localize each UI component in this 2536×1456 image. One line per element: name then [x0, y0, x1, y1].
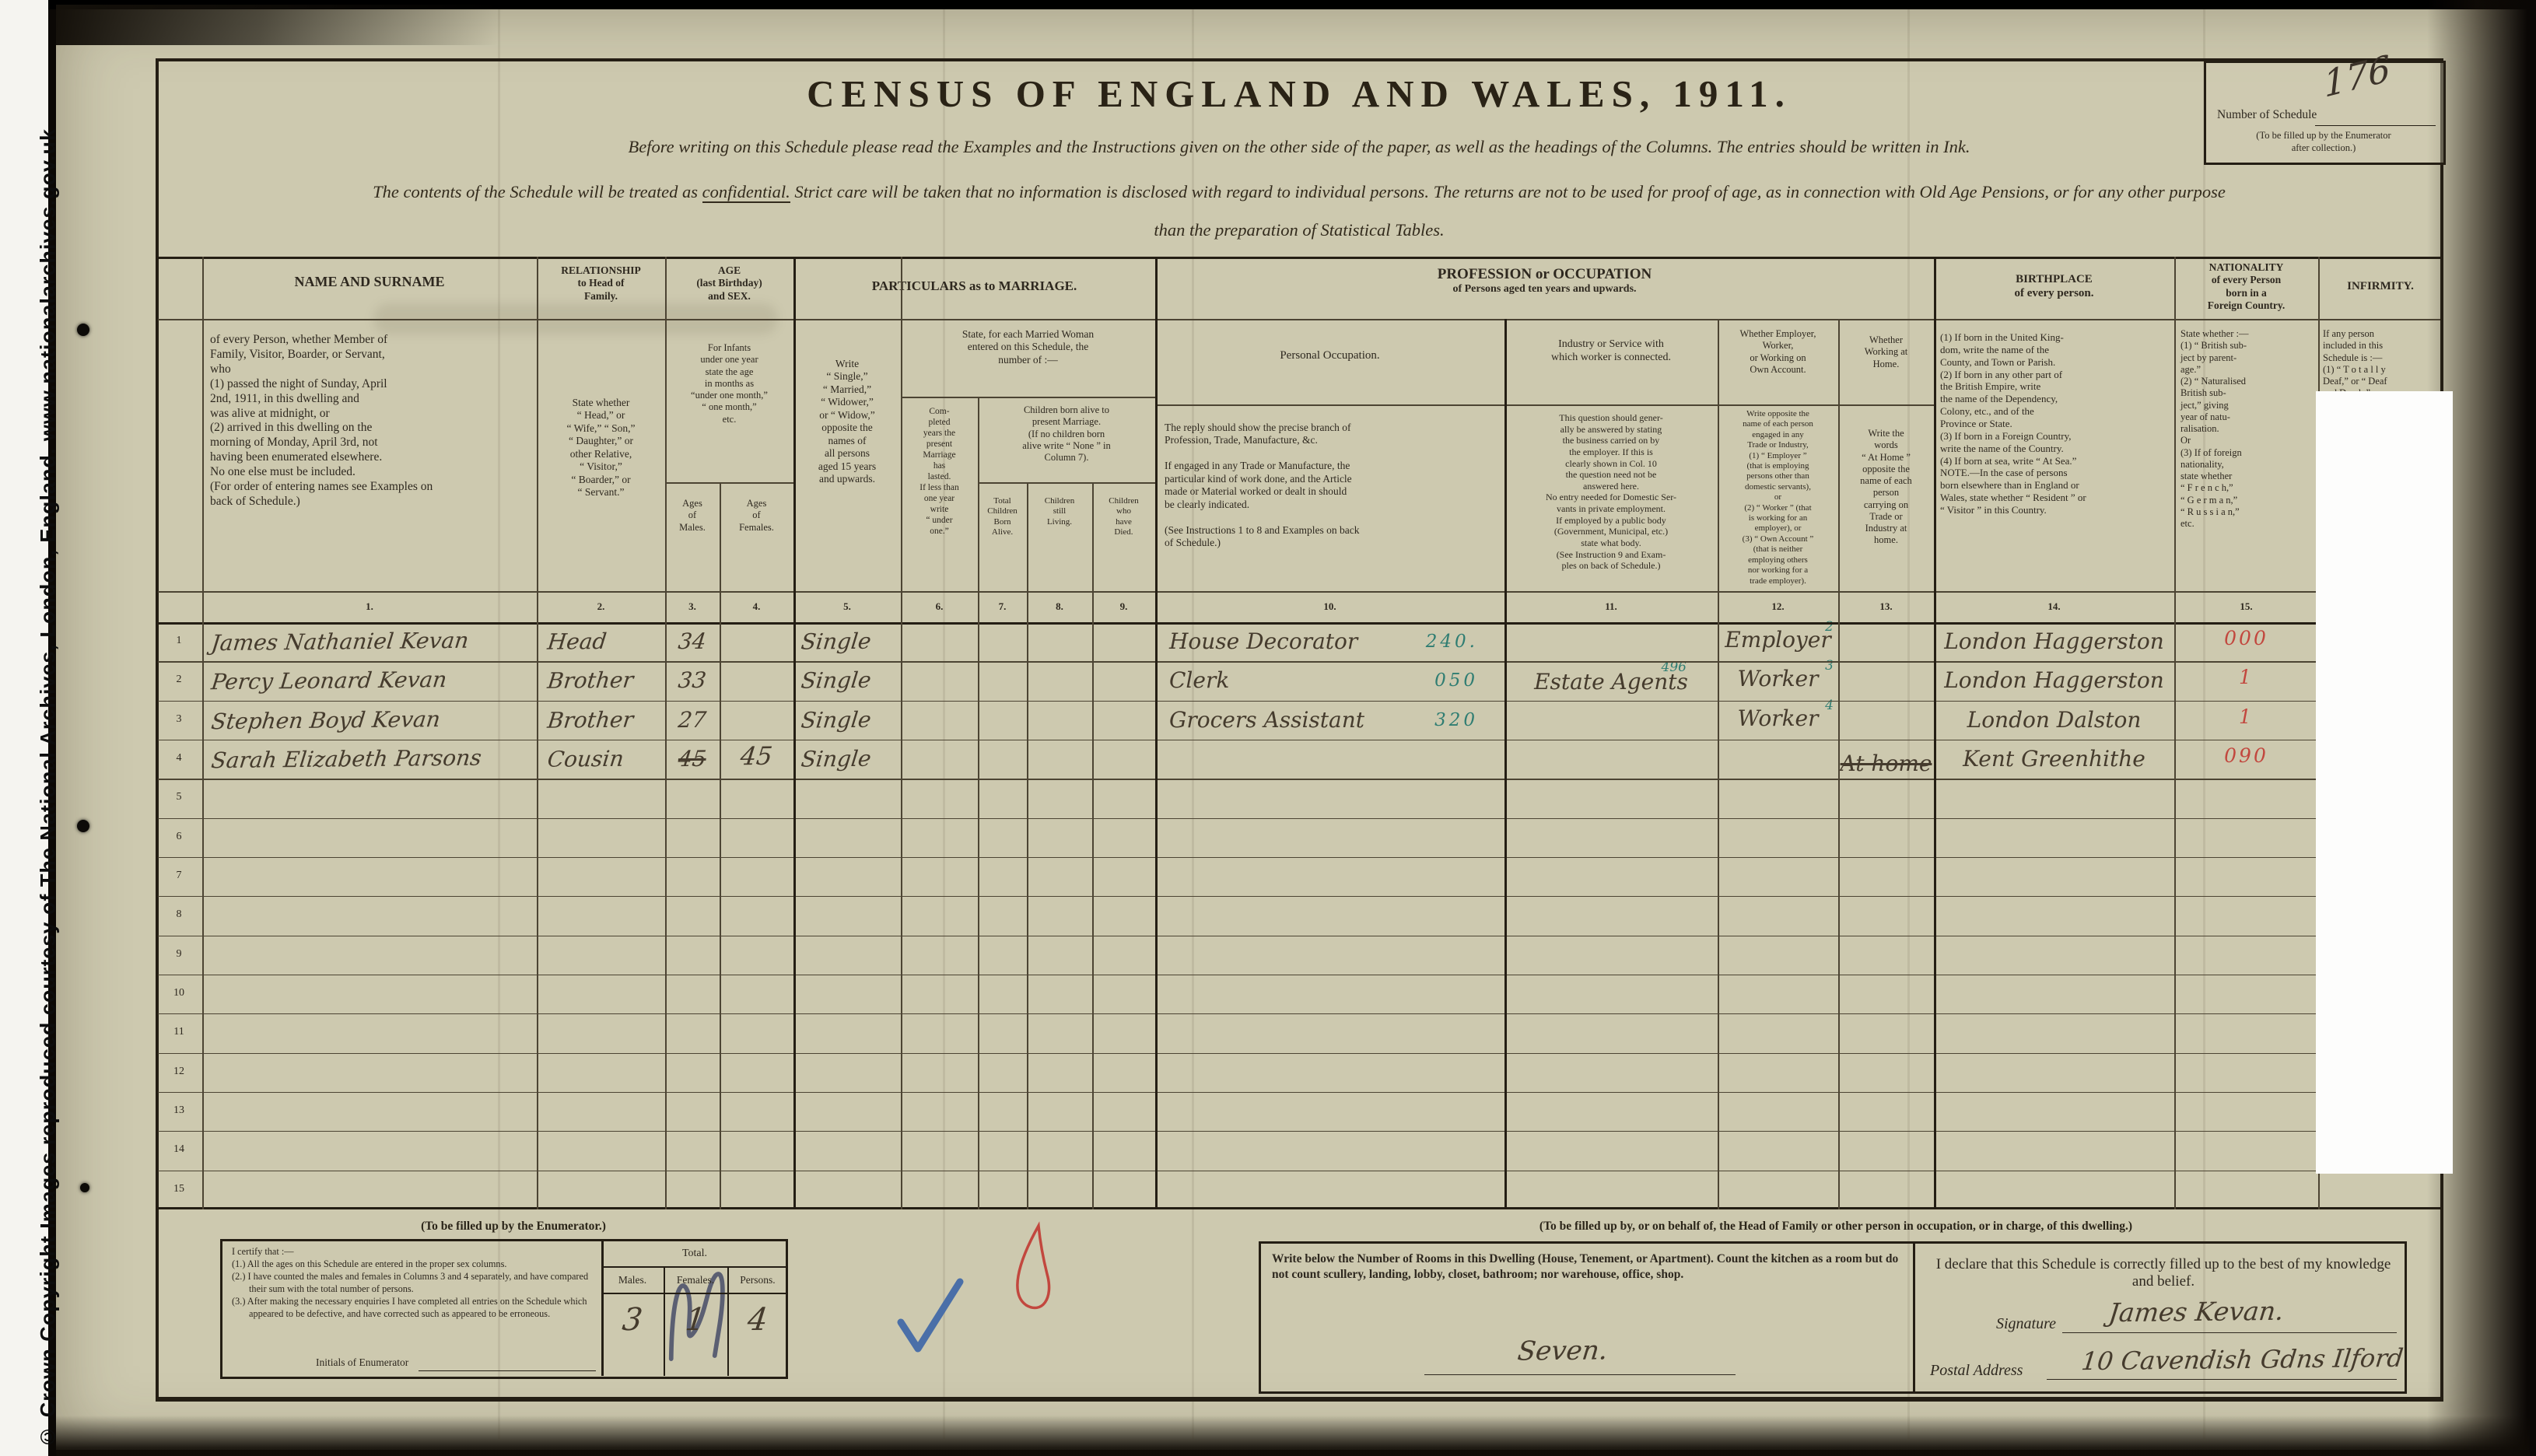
table-cell: Employer2 [1718, 622, 1838, 661]
employment-code: 4 [1825, 698, 1834, 713]
desc-relationship: State whether “ Head,” or “ Wife,” “ Son… [537, 397, 665, 499]
grid-line [1155, 404, 1934, 406]
hole-punch [77, 820, 89, 832]
table-cell: London Haggerston [1934, 622, 2174, 661]
desc-name: of every Person, whether Member of Famil… [202, 333, 537, 509]
preamble-line1: Before writing on this Schedule please r… [327, 137, 2272, 157]
desc-children-total: Total Children Born Alive. [978, 496, 1027, 538]
table-cell: 8 [156, 896, 202, 935]
column-number: 6. [901, 600, 978, 613]
desc-age-infants: For Infants under one year state the age… [665, 342, 793, 425]
relationship-entry: Cousin [546, 745, 667, 772]
preamble-prefix: The contents of the Schedule will be tre… [373, 182, 702, 201]
grid-line [1718, 319, 1719, 1209]
row-number: 13 [156, 1104, 202, 1117]
table-cell: 6 [156, 818, 202, 857]
occupation-entry: Clerk [1169, 667, 1229, 693]
redaction-overlay [2316, 391, 2453, 1174]
form-title: CENSUS OF ENGLAND AND WALES, 1911. [700, 72, 1898, 116]
column-number: 4. [720, 600, 793, 613]
table-cell: 45 [665, 740, 720, 779]
preamble-line2: The contents of the Schedule will be tre… [226, 182, 2373, 202]
grid-line [901, 397, 1155, 398]
table-cell: 1 [2174, 661, 2318, 700]
column-number: 13. [1838, 600, 1934, 613]
table-cell: 11 [156, 1013, 202, 1052]
grid-line [156, 257, 2443, 259]
copyright-text: © Crown Copyright Images reproduced cour… [37, 128, 61, 1448]
header-age: AGE (last Birthday) and SEX. [665, 264, 793, 303]
table-cell: 4 [156, 740, 202, 779]
grid-line [665, 257, 667, 1209]
birthplace-entry: Kent Greenhithe [1963, 746, 2145, 772]
table-cell: Single [793, 661, 901, 700]
grid-line [156, 1053, 2443, 1054]
label-employer: Whether Employer, Worker, or Working on … [1718, 328, 1838, 376]
table-cell: 13 [156, 1092, 202, 1131]
header-profession: PROFESSION or OCCUPATION of Persons aged… [1155, 266, 1934, 296]
grid-line [1092, 482, 1094, 1209]
postal-address-label: Postal Address [1930, 1362, 2023, 1380]
signature-value: James Kevan. [2107, 1296, 2286, 1328]
table-cell: Kent Greenhithe [1934, 740, 2174, 779]
grid-line [156, 591, 2443, 593]
desc-age-males: Ages of Males. [665, 498, 720, 534]
declaration-text: I declare that this Schedule is correctl… [1926, 1256, 2401, 1290]
rooms-instruction: Write below the Number of Rooms in this … [1272, 1251, 1904, 1283]
table-cell: Percy Leonard Kevan [202, 661, 537, 700]
table-cell: 27 [665, 701, 720, 740]
females-label: Females. [664, 1274, 727, 1286]
column-number: 8. [1027, 600, 1092, 613]
table-cell: 33 [665, 661, 720, 700]
column-number: 5. [793, 600, 901, 613]
enumerator-red-mark: 090 [2224, 744, 2268, 767]
hole-punch [77, 324, 89, 336]
row-number: 10 [156, 987, 202, 999]
occupation-entry: Grocers Assistant [1169, 707, 1364, 733]
table-cell: 3 [156, 701, 202, 740]
householder-heading: (To be filled up by, or on behalf of, th… [1260, 1220, 2412, 1234]
grid-line [2174, 257, 2176, 1209]
grid-line [156, 622, 2443, 625]
row-number: 7 [156, 870, 202, 882]
totals-table: Total. Males. Females. Persons. 3 1 4 [601, 1241, 788, 1376]
age-male-entry: 27 [677, 706, 707, 732]
grid-line [156, 701, 2443, 702]
census-document-photo: © Crown Copyright Images reproduced cour… [0, 0, 2536, 1456]
form-border-top [156, 58, 2443, 61]
enumerator-heading: (To be filled up by the Enumerator.) [257, 1220, 770, 1234]
header-profession-sub: of Persons aged ten years and upwards. [1155, 283, 1934, 296]
grid-line [1504, 319, 1507, 1209]
grid-line [1934, 257, 1936, 1209]
table-cell: 14 [156, 1131, 202, 1170]
total-label: Total. [601, 1248, 788, 1260]
certify-item3: (3.) After making the necessary enquirie… [232, 1296, 596, 1321]
table-cell: 34 [665, 622, 720, 661]
desc-children-died: Children who have Died. [1092, 496, 1155, 538]
grid-line [202, 257, 204, 1209]
table-cell: 12 [156, 1053, 202, 1092]
table-cell: 5 [156, 779, 202, 817]
athome-struck-entry: At home [1841, 751, 1932, 776]
table-cell: Grocers Assistant320 [1155, 701, 1504, 740]
grid-line [665, 482, 793, 484]
header-profession-main: PROFESSION or OCCUPATION [1155, 266, 1934, 283]
column-number: 2. [537, 600, 665, 613]
marriage-entry: Single [800, 745, 902, 772]
table-cell: Single [793, 622, 901, 661]
occupation-entry: House Decorator [1169, 628, 1357, 654]
preamble-line3: than the preparation of Statistical Tabl… [327, 220, 2272, 240]
grid-line [156, 1013, 2443, 1014]
column-number: 14. [1934, 600, 2174, 613]
schedule-number-box: Number of Schedule 176 (To be filled up … [2204, 61, 2446, 165]
table-cell: 45 [720, 740, 793, 779]
name-entry: Stephen Boyd Kevan [210, 705, 538, 733]
persons-value: 4 [725, 1302, 790, 1339]
confidential-underlined: confidential. [702, 182, 790, 203]
row-number: 8 [156, 908, 202, 921]
persons-label: Persons. [727, 1274, 788, 1286]
grid-line [901, 257, 902, 1209]
desc-employer: Write opposite the name of each person e… [1718, 409, 1838, 586]
table-cell: James Nathaniel Kevan [202, 622, 537, 661]
grid-line [156, 1131, 2443, 1132]
copyright-strip: © Crown Copyright Images reproduced cour… [0, 0, 48, 1456]
table-cell: 15 [156, 1171, 202, 1209]
grid-line [156, 975, 2443, 975]
grid-line [156, 319, 2443, 320]
schedule-number-note: (To be filled up by the Enumerator after… [2209, 130, 2438, 154]
row-number: 14 [156, 1143, 202, 1156]
row-number: 3 [156, 713, 202, 726]
desc-children-living: Children still Living. [1027, 496, 1092, 527]
certify-item1: (1.) All the ages on this Schedule are e… [232, 1258, 596, 1271]
grid-line [156, 779, 2443, 779]
form-border-bottom [156, 1397, 2443, 1402]
hole-punch [80, 1183, 89, 1192]
column-number: 12. [1718, 600, 1838, 613]
desc-children-alive: Children born alive to present Marriage.… [978, 404, 1155, 464]
column-number: 11. [1504, 600, 1718, 613]
table-cell: Stephen Boyd Kevan [202, 701, 537, 740]
table-cell: Brother [537, 701, 665, 740]
relationship-entry: Brother [546, 667, 667, 695]
column-number: 7. [978, 600, 1027, 613]
row-number: 15 [156, 1183, 202, 1195]
table-cell: 9 [156, 936, 202, 975]
table-cell: London Haggerston [1934, 661, 2174, 700]
grid-line [793, 257, 796, 1209]
rooms-value: Seven. [1516, 1335, 1610, 1367]
age-male-entry: 34 [677, 628, 707, 654]
row-number: 2 [156, 674, 202, 686]
relationship-entry: Brother [546, 706, 667, 733]
certify-item2: (2.) I have counted the males and female… [232, 1271, 596, 1296]
table-cell: Cousin [537, 740, 665, 779]
enumerator-red-mark: 1 [2239, 666, 2254, 688]
blue-checkmark [893, 1274, 971, 1360]
enumerator-red-mark: 1 [2239, 705, 2254, 728]
desc-nationality: State whether :— (1) “ British sub- ject… [2174, 328, 2318, 530]
desc-married-woman: State, for each Married Woman entered on… [901, 328, 1155, 366]
enumerator-box: I certify that :— (1.) All the ages on t… [220, 1239, 788, 1379]
birthplace-entry: London Dalston [1967, 707, 2142, 733]
marriage-entry: Single [800, 628, 902, 654]
grid-line [156, 857, 2443, 858]
employment-entry: Worker [1737, 705, 1818, 731]
grid-line [156, 1092, 2443, 1093]
grid-line [156, 1171, 2443, 1171]
grid-line [1027, 482, 1028, 1209]
header-infirmity: INFIRMITY. [2318, 280, 2443, 293]
age-male-entry: 33 [677, 667, 707, 693]
employment-code: 3 [1825, 658, 1834, 674]
row-number: 11 [156, 1026, 202, 1038]
table-cell: 1 [156, 622, 202, 661]
row-number: 4 [156, 752, 202, 765]
table-cell: 2 [156, 661, 202, 700]
employment-entry: Employer [1725, 627, 1831, 653]
grid-line [978, 397, 979, 1209]
table-cell: 1 [2174, 701, 2318, 740]
header-relationship: RELATIONSHIP to Head of Family. [537, 264, 665, 303]
desc-age-females: Ages of Females. [720, 498, 793, 534]
schedule-number-line [2315, 125, 2436, 126]
column-number: 1. [202, 600, 537, 613]
enumerator-certification: I certify that :— (1.) All the ages on t… [232, 1246, 596, 1321]
females-value: 1 [661, 1302, 729, 1339]
age-female-entry: 45 [739, 741, 774, 771]
table-cell: Head [537, 622, 665, 661]
label-industry: Industry or Service with which worker is… [1504, 338, 1718, 364]
occupation-code: 240. [1426, 632, 1478, 652]
table-cell: Brother [537, 661, 665, 700]
table-cell: 7 [156, 857, 202, 896]
enumerator-red-mark: 000 [2224, 627, 2268, 649]
table-cell: At home [1838, 740, 1934, 779]
table-cell: Clerk050 [1155, 661, 1504, 700]
label-personal-occupation: Personal Occupation. [1155, 348, 1504, 362]
row-number: 6 [156, 831, 202, 843]
table-cell: Worker3 [1718, 661, 1838, 700]
table-cell: 10 [156, 975, 202, 1013]
marriage-entry: Single [800, 706, 902, 733]
employment-entry: Worker [1737, 666, 1818, 691]
occupation-code: 050 [1434, 670, 1478, 691]
desc-marriage-write: Write “ Single,” “ Married,” “ Widower,”… [793, 358, 901, 486]
table-cell: Single [793, 740, 901, 779]
row-number: 5 [156, 791, 202, 803]
initials-label: Initials of Enumerator [316, 1356, 408, 1369]
header-marriage: PARTICULARS as to MARRIAGE. [793, 278, 1155, 294]
signature-label: Signature [1996, 1315, 2056, 1333]
occupation-code: 320 [1434, 710, 1478, 730]
table-cell: Estate Agents496 [1504, 661, 1718, 700]
red-zero-mark [998, 1220, 1070, 1314]
column-number: 10. [1155, 600, 1504, 613]
grid-line [1838, 319, 1840, 1209]
employment-code: 2 [1825, 619, 1834, 635]
postal-address-value: 10 Cavendish Gdns Ilford [2080, 1343, 2405, 1376]
name-entry: Percy Leonard Kevan [210, 666, 538, 695]
table-cell: 090 [2174, 740, 2318, 779]
males-label: Males. [601, 1274, 664, 1286]
marriage-entry: Single [800, 667, 902, 694]
grid-line [978, 482, 1155, 484]
row-number: 9 [156, 948, 202, 961]
name-entry: Sarah Elizabeth Parsons [210, 744, 538, 773]
column-number: 15. [2174, 600, 2318, 613]
desc-completed-years: Com- pleted years the present Marriage h… [901, 406, 978, 537]
grid-line [156, 936, 2443, 936]
grid-line [1155, 257, 1158, 1209]
table-cell: London Dalston [1934, 701, 2174, 740]
initials-line [419, 1370, 596, 1371]
grid-line [720, 482, 721, 1209]
column-number: 9. [1092, 600, 1155, 613]
grid-line [156, 896, 2443, 897]
birthplace-entry: London Haggerston [1944, 667, 2164, 693]
grid-line [537, 257, 538, 1209]
census-table: NAME AND SURNAME RELATIONSHIP to Head of… [156, 257, 2443, 1209]
grid-line [156, 818, 2443, 819]
relationship-entry: Head [546, 628, 667, 655]
table-cell: House Decorator240. [1155, 622, 1504, 661]
schedule-number-label: Number of Schedule [2217, 108, 2317, 122]
birthplace-entry: London Haggerston [1944, 628, 2164, 654]
table-cell: Single [793, 701, 901, 740]
label-athome: Whether Working at Home. [1838, 334, 1934, 370]
desc-personal-occupation: The reply should show the precise branch… [1155, 422, 1504, 550]
grid-line [156, 257, 158, 1209]
header-name: NAME AND SURNAME [202, 274, 537, 290]
desc-athome: Write the words “ At Home ” opposite the… [1838, 428, 1934, 547]
grid-line [156, 740, 2443, 740]
certify-intro: I certify that :— [232, 1246, 596, 1258]
desc-birthplace: (1) If born in the United King- dom, wri… [1934, 331, 2174, 516]
grid-line [156, 661, 2443, 662]
preamble-rest: Strict care will be taken that no inform… [790, 182, 2226, 201]
table-cell: Sarah Elizabeth Parsons [202, 740, 537, 779]
header-birthplace: BIRTHPLACE of every person. [1934, 272, 2174, 301]
header-nationality: NATIONALITY of every Person born in a Fo… [2174, 261, 2318, 313]
grid-line [156, 1207, 2443, 1209]
householder-box: Write below the Number of Rooms in this … [1259, 1241, 2407, 1394]
row-number: 12 [156, 1066, 202, 1078]
name-entry: James Nathaniel Kevan [210, 627, 538, 656]
desc-industry: This question should gener- ally be answ… [1504, 412, 1718, 572]
table-cell: Worker4 [1718, 701, 1838, 740]
table-cell: 000 [2174, 622, 2318, 661]
column-number: 3. [665, 600, 720, 613]
males-value: 3 [599, 1302, 665, 1339]
age-male-struck-entry: 45 [677, 746, 707, 772]
row-number: 1 [156, 635, 202, 647]
